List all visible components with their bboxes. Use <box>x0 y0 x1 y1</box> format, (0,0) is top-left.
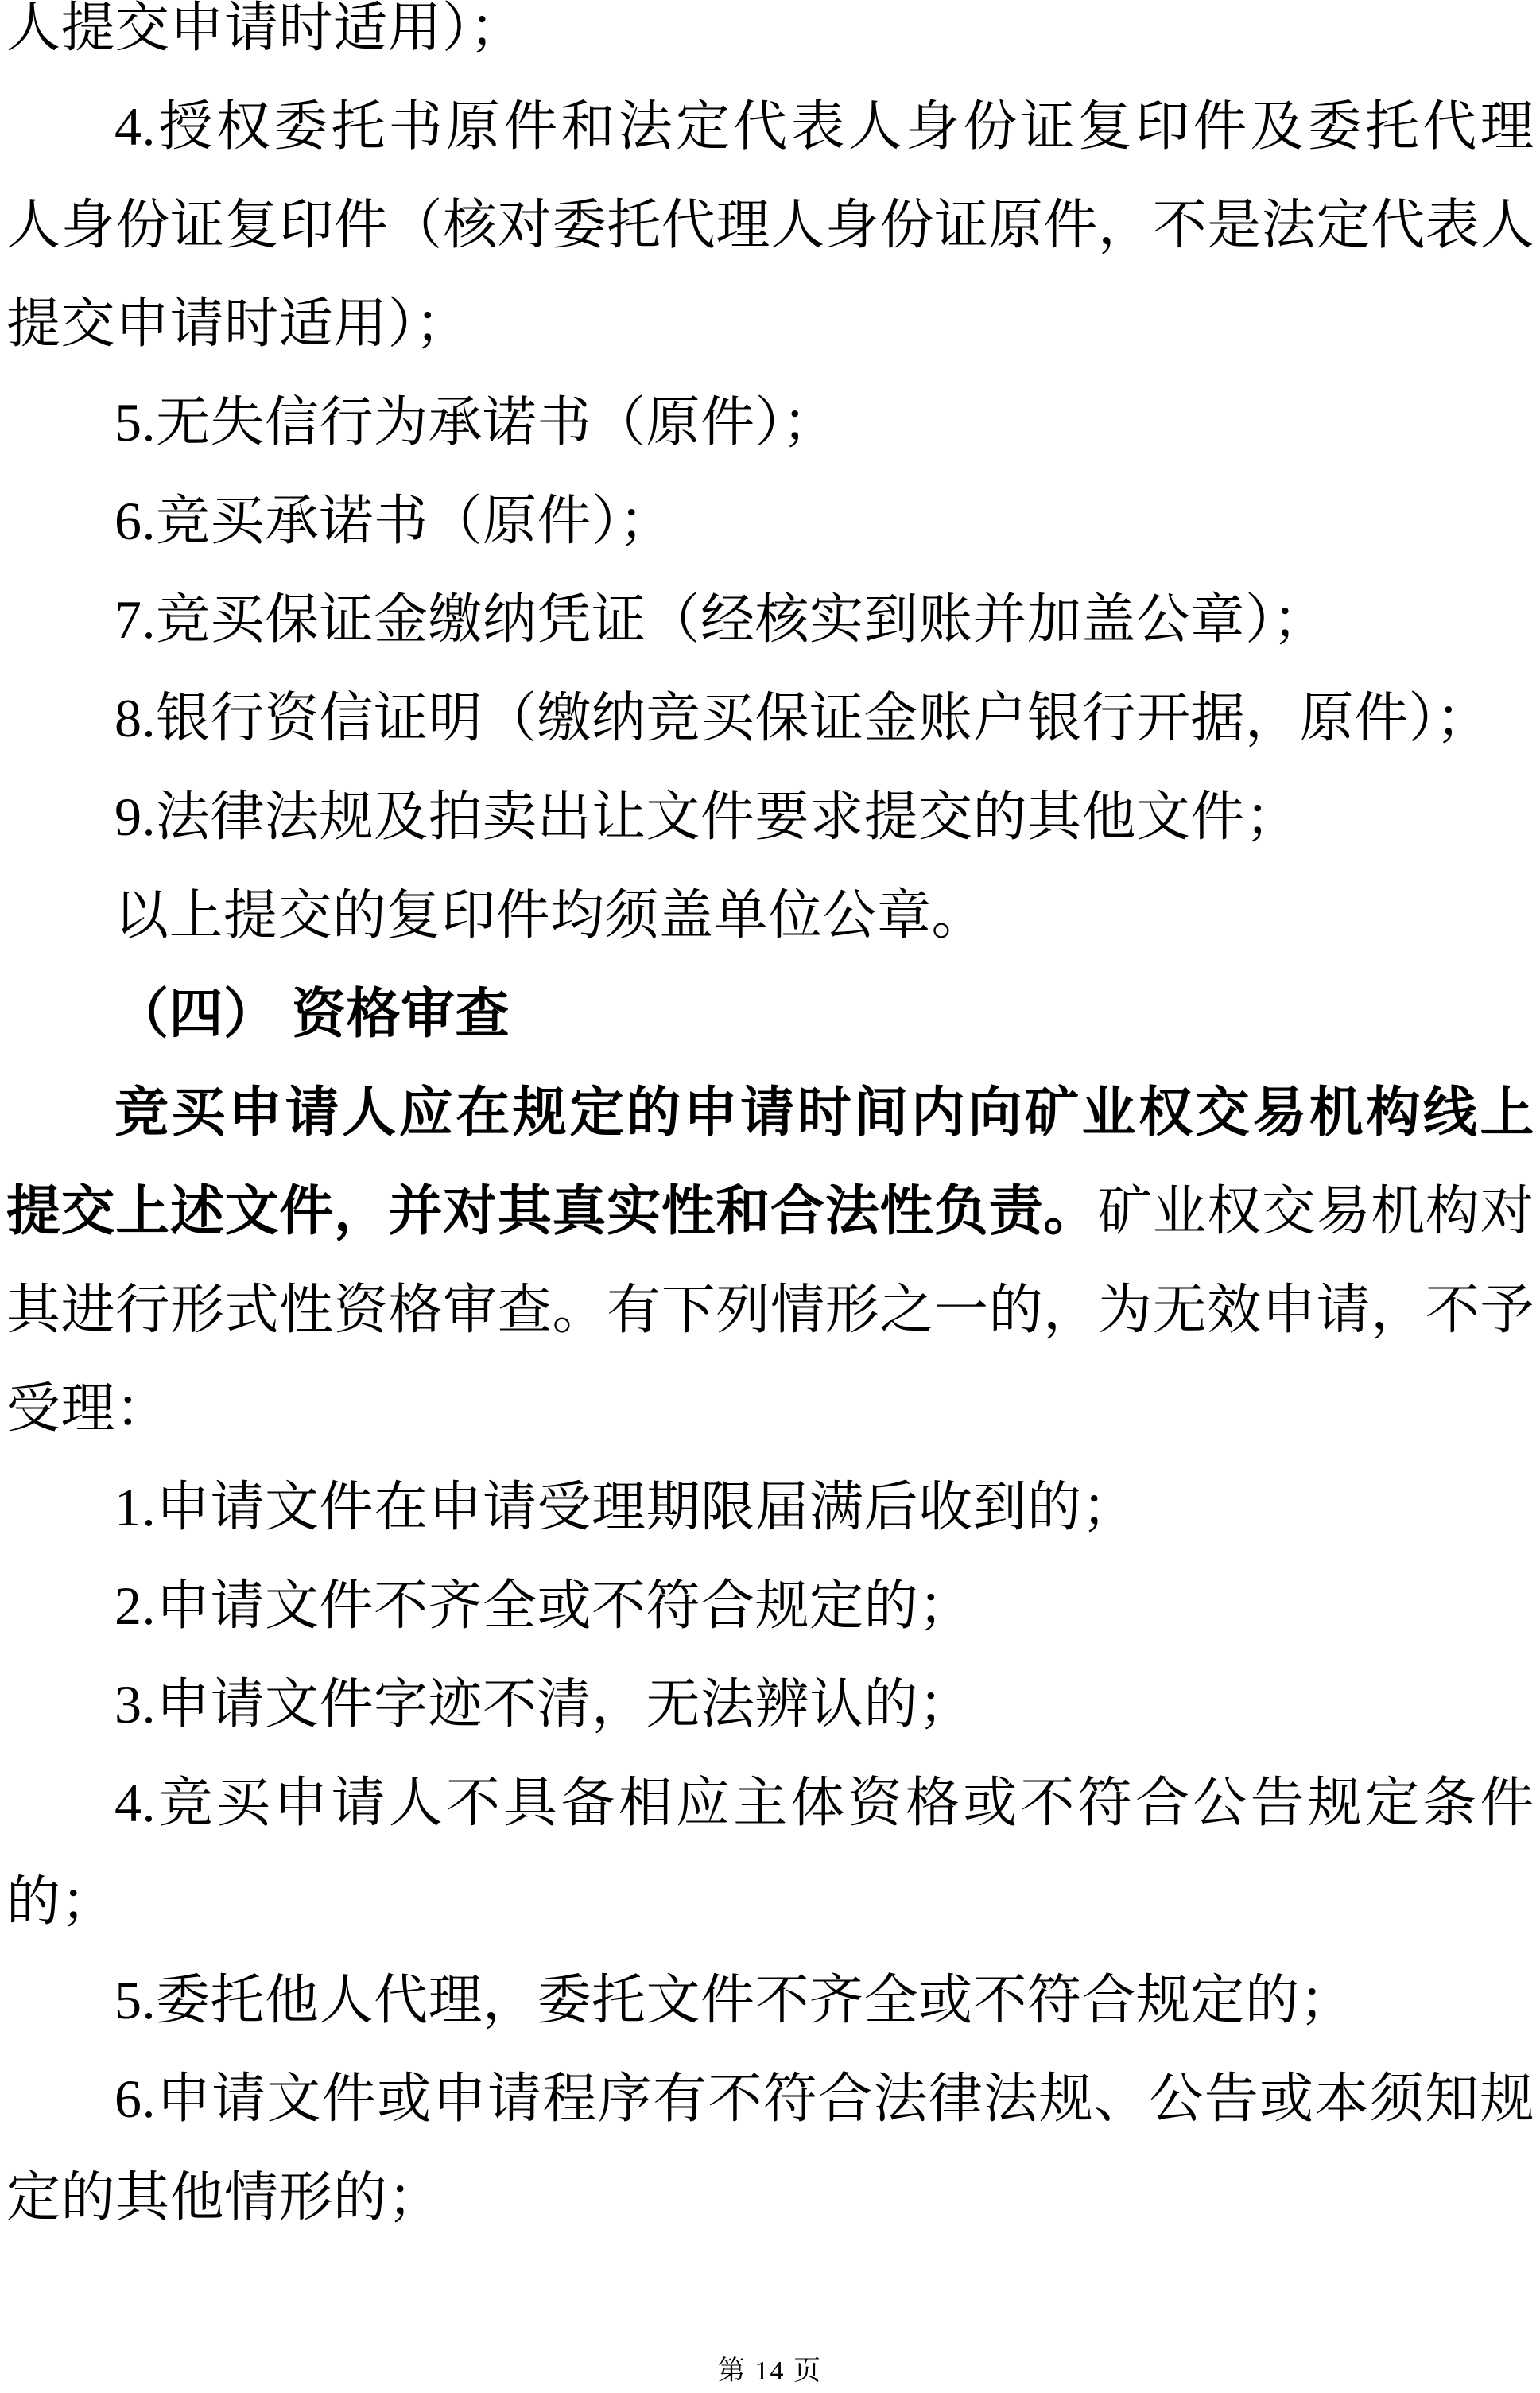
bold-text-segment: 竞买申请人应在规定的申请时间内向矿业权交易机构线上 <box>114 1082 1534 1143</box>
text-segment: 人身份证复印件（核对委托代理人身份证原件，不是法定代表人 <box>6 195 1534 255</box>
text-segment: 定的其他情形的； <box>6 2167 442 2228</box>
text-line: 2.申请文件不齐全或不符合规定的； <box>6 1556 1534 1655</box>
text-line: 人身份证复印件（核对委托代理人身份证原件，不是法定代表人 <box>6 176 1534 274</box>
text-line: 4.授权委托书原件和法定代表人身份证复印件及委托代理 <box>6 77 1534 176</box>
text-segment: 4.授权委托书原件和法定代表人身份证复印件及委托代理 <box>114 96 1534 157</box>
text-segment: 5.无失信行为承诺书（原件）； <box>114 392 837 453</box>
text-segment: 提交申请时适用）； <box>6 293 470 354</box>
text-segment: 6.申请文件或申请程序有不符合法律法规、公告或本须知规 <box>114 2069 1534 2129</box>
text-line: 6.申请文件或申请程序有不符合法律法规、公告或本须知规 <box>6 2049 1534 2148</box>
text-line: 的； <box>6 1852 1534 1951</box>
text-line: 5.无失信行为承诺书（原件）； <box>6 373 1534 472</box>
text-segment: 受理： <box>6 1378 170 1439</box>
text-line: 9.法律法规及拍卖出让文件要求提交的其他文件； <box>6 767 1534 866</box>
text-line: 3.申请文件字迹不清，无法辨认的； <box>6 1655 1534 1754</box>
text-line: 其进行形式性资格审查。有下列情形之一的，为无效申请，不予 <box>6 1261 1534 1359</box>
text-line: 7.竞买保证金缴纳凭证（经核实到账并加盖公章）； <box>6 570 1534 669</box>
text-segment: 6.竞买承诺书（原件）； <box>114 491 673 551</box>
bold-text-segment: 提交上述文件，并对其真实性和合法性负责。 <box>6 1181 1098 1241</box>
text-segment: 以上提交的复印件均须盖单位公章。 <box>114 885 986 946</box>
text-line: 提交上述文件，并对其真实性和合法性负责。矿业权交易机构对 <box>6 1162 1534 1261</box>
document-page: 人提交申请时适用）；4.授权委托书原件和法定代表人身份证复印件及委托代理人身份证… <box>0 0 1540 2393</box>
text-line: 4.竞买申请人不具备相应主体资格或不符合公告规定条件 <box>6 1754 1534 1852</box>
text-segment: 7.竞买保证金缴纳凭证（经核实到账并加盖公章）； <box>114 589 1327 650</box>
text-line: 受理： <box>6 1359 1534 1458</box>
text-segment: 5.委托他人代理，委托文件不齐全或不符合规定的； <box>114 1970 1354 2030</box>
text-line: 6.竞买承诺书（原件）； <box>6 472 1534 570</box>
text-line: 以上提交的复印件均须盖单位公章。 <box>6 866 1534 965</box>
document-lines: 人提交申请时适用）；4.授权委托书原件和法定代表人身份证复印件及委托代理人身份证… <box>0 0 1540 2247</box>
text-line: 定的其他情形的； <box>6 2148 1534 2247</box>
text-line: 5.委托他人代理，委托文件不齐全或不符合规定的； <box>6 1951 1534 2049</box>
text-line: 1.申请文件在申请受理期限届满后收到的； <box>6 1458 1534 1556</box>
text-segment: 8.银行资信证明（缴纳竞买保证金账户银行开据，原件）； <box>114 688 1491 748</box>
text-line: （四） 资格审查 <box>6 965 1534 1063</box>
text-segment: 1.申请文件在申请受理期限届满后收到的； <box>114 1477 1136 1537</box>
text-segment: 3.申请文件字迹不清，无法辨认的； <box>114 1674 973 1735</box>
text-line: 竞买申请人应在规定的申请时间内向矿业权交易机构线上 <box>6 1063 1534 1162</box>
text-segment: 矿业权交易机构对 <box>1098 1181 1534 1241</box>
text-segment: 9.法律法规及拍卖出让文件要求提交的其他文件； <box>114 787 1300 847</box>
text-segment: 人提交申请时适用）； <box>6 0 524 58</box>
text-segment: 的； <box>6 1871 115 1932</box>
text-line: 人提交申请时适用）； <box>6 0 1534 77</box>
text-segment: 2.申请文件不齐全或不符合规定的； <box>114 1575 973 1636</box>
page-number: 第 14 页 <box>0 2356 1540 2387</box>
bold-text-segment: （四） 资格审查 <box>114 984 510 1044</box>
text-segment: 4.竞买申请人不具备相应主体资格或不符合公告规定条件 <box>114 1773 1534 1833</box>
text-segment: 其进行形式性资格审查。有下列情形之一的，为无效申请，不予 <box>6 1280 1534 1340</box>
text-line: 提交申请时适用）； <box>6 274 1534 373</box>
text-line: 8.银行资信证明（缴纳竞买保证金账户银行开据，原件）； <box>6 669 1534 767</box>
